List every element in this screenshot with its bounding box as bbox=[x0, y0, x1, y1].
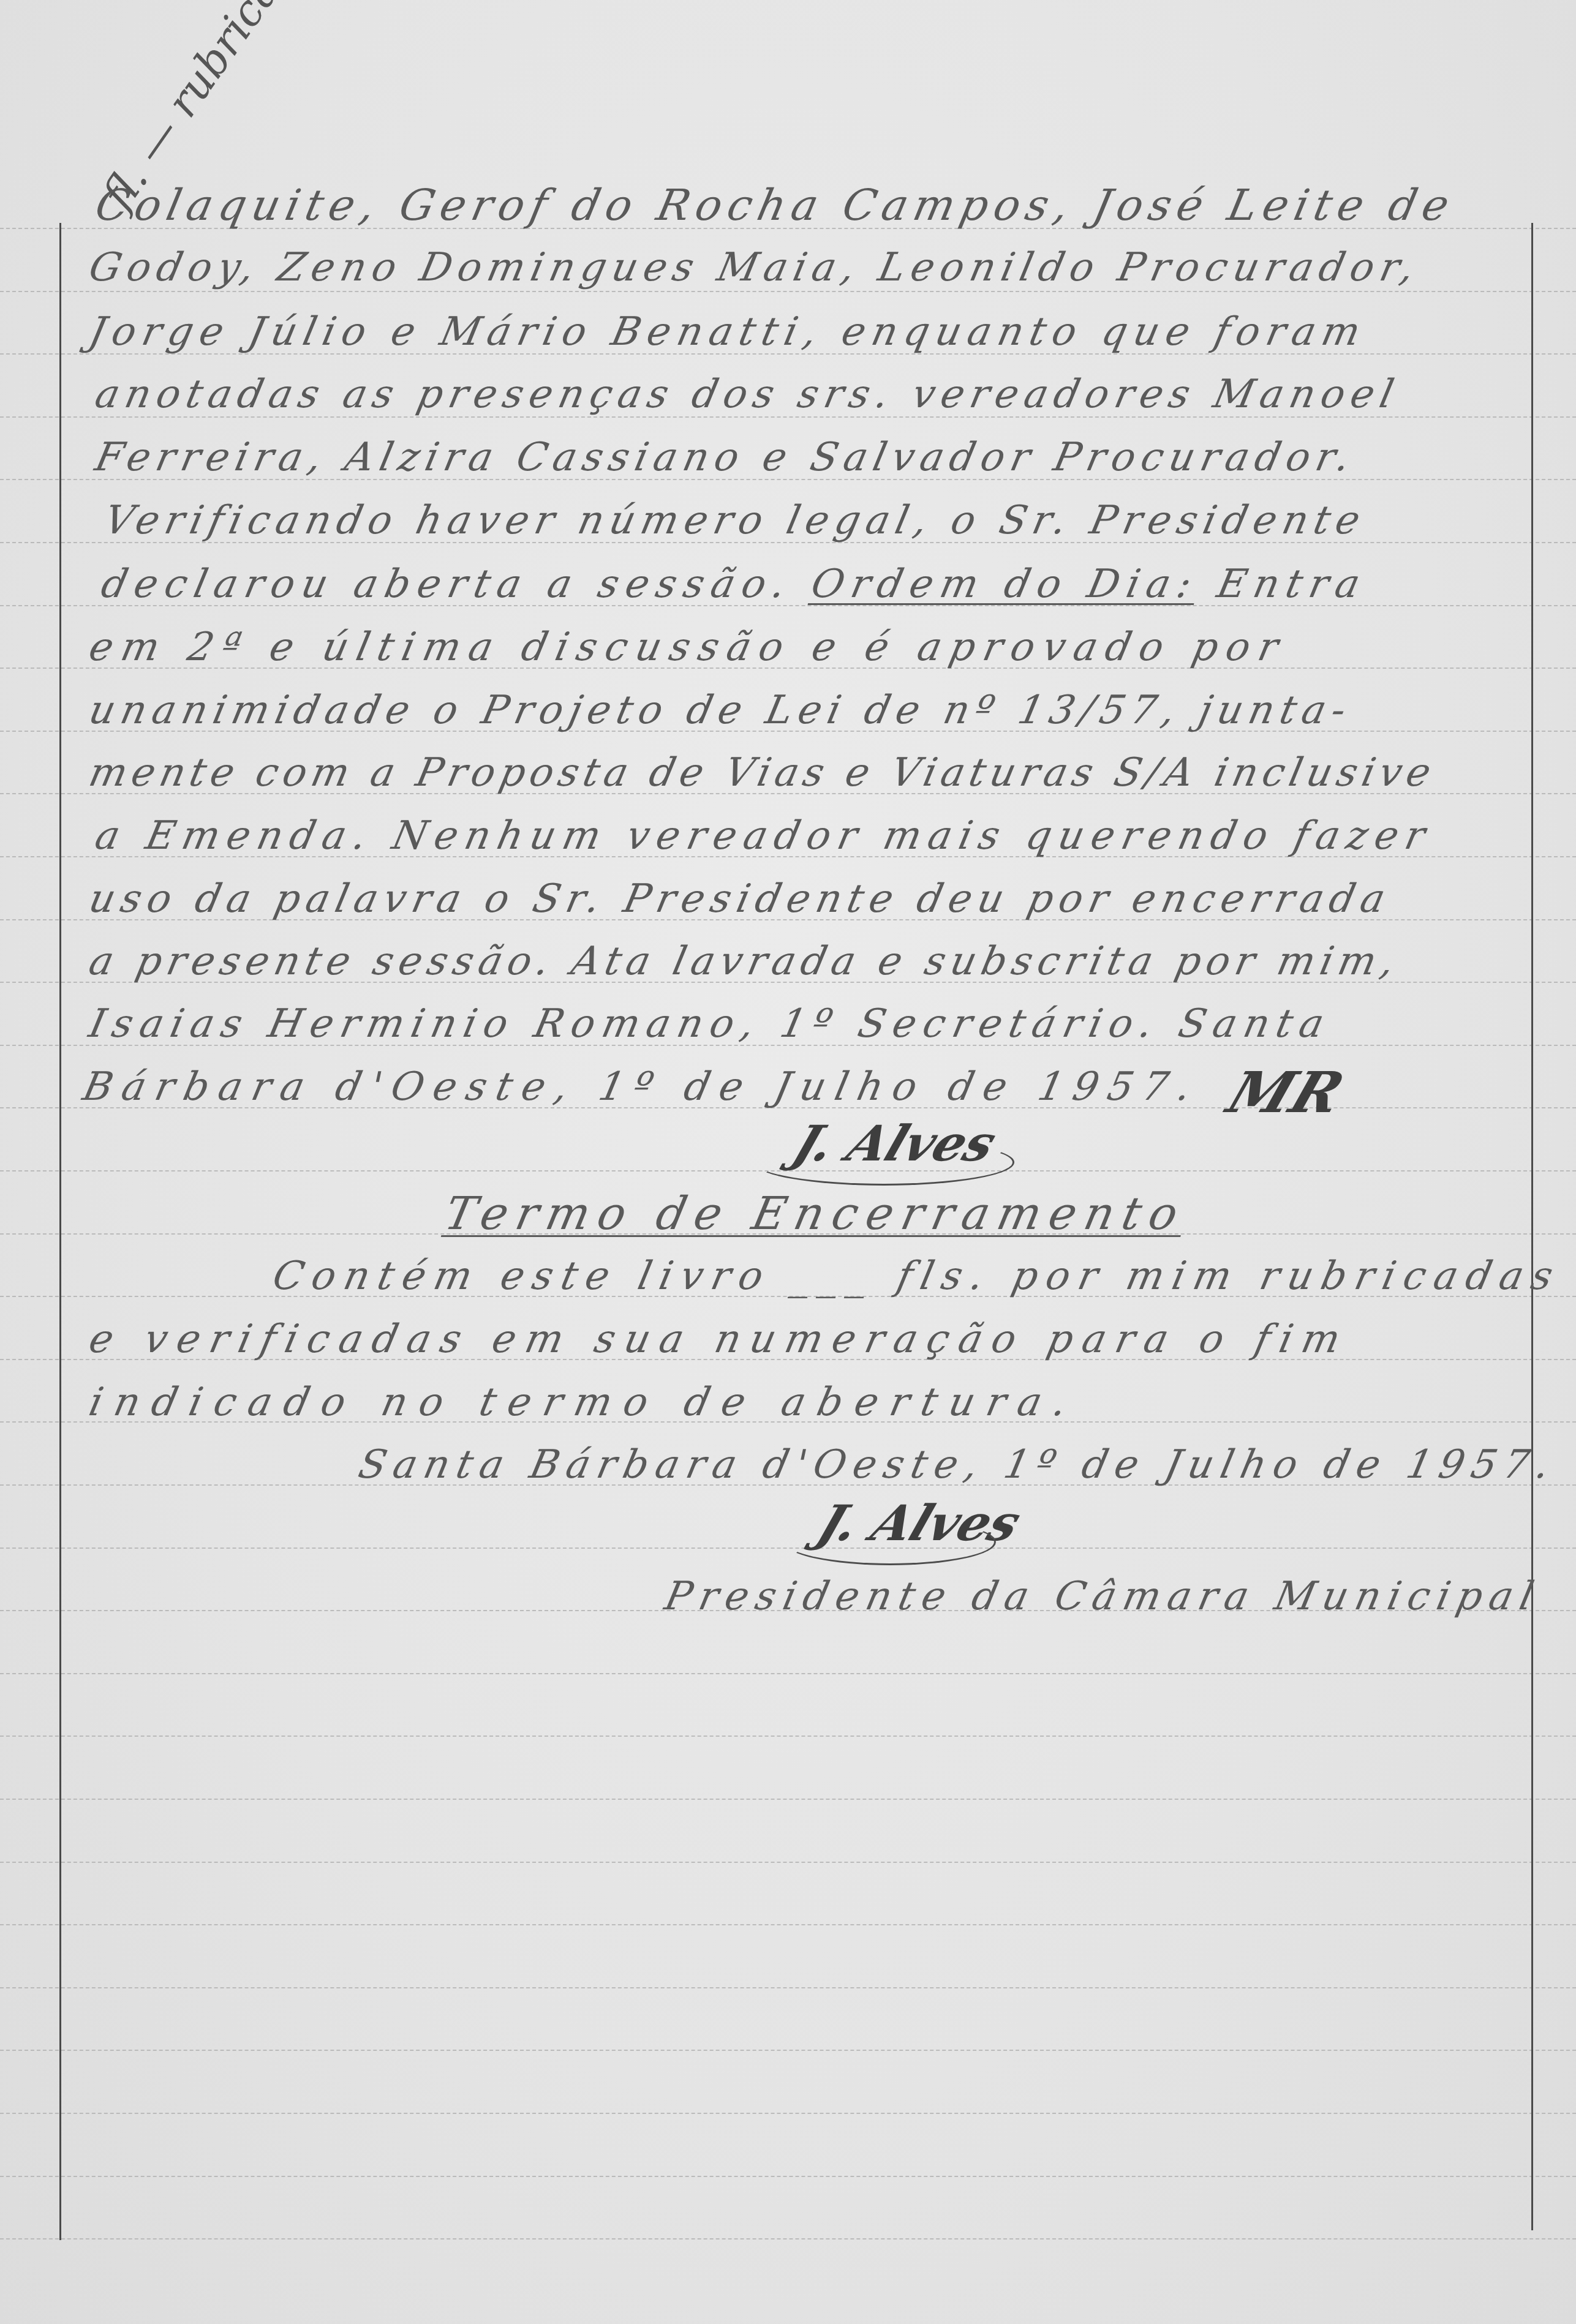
ruled-line bbox=[0, 2176, 1576, 2177]
signature-flourish-2 bbox=[784, 1519, 996, 1565]
minutes-line-12: uso da palavra o Sr. Presidente deu por … bbox=[86, 879, 1395, 919]
minutes-line-14: Isaias Herminio Romano, 1º Secretário. S… bbox=[86, 1004, 1335, 1044]
ruled-line bbox=[0, 2050, 1576, 2051]
order-of-day-continuation: Entra bbox=[1213, 562, 1371, 607]
minutes-line-7-text: declarou aberta a sessão. bbox=[97, 562, 797, 607]
right-margin-line bbox=[1531, 223, 1533, 2230]
minutes-line-15: Bárbara d'Oeste, 1º de Julho de 1957. bbox=[80, 1067, 1204, 1107]
ruled-line bbox=[0, 2113, 1576, 2114]
ruled-line bbox=[0, 1735, 1576, 1737]
minutes-line-8: em 2ª e última discussão e é aprovado po… bbox=[86, 628, 1290, 667]
minutes-line-6: Verificando haver número legal, o Sr. Pr… bbox=[101, 501, 1370, 540]
minutes-line-13: a presente sessão. Ata lavrada e subscri… bbox=[86, 942, 1403, 981]
ruled-line bbox=[0, 2238, 1576, 2239]
left-margin-line bbox=[59, 223, 61, 2240]
closing-line-1: Contém este livro ___ fls. por mim rubri… bbox=[270, 1257, 1565, 1296]
signature-flourish-1 bbox=[753, 1139, 1014, 1186]
minutes-line-2: Godoy, Zeno Domingues Maia, Leonildo Pro… bbox=[86, 248, 1423, 287]
minutes-line-3: Jorge Júlio e Mário Benatti, enquanto qu… bbox=[86, 312, 1370, 352]
ruled-line bbox=[0, 1673, 1576, 1674]
signer-title: Presidente da Câmara Municipal bbox=[662, 1577, 1544, 1616]
minutes-line-5: Ferreira, Alzira Cassiano e Salvador Pro… bbox=[92, 438, 1360, 477]
order-of-day-label: Ordem do Dia: bbox=[807, 562, 1203, 607]
ruled-line bbox=[0, 1862, 1576, 1863]
minutes-line-11: a Emenda. Nenhum vereador mais querendo … bbox=[92, 816, 1436, 856]
minutes-line-1: Colaquite, Gerof do Rocha Campos, José L… bbox=[92, 184, 1459, 227]
closing-line-4: Santa Bárbara d'Oeste, 1º de Julho de 19… bbox=[355, 1445, 1560, 1484]
ruled-line bbox=[0, 1987, 1576, 1988]
closing-line-3: indicado no termo de abertura. bbox=[86, 1383, 1082, 1422]
minutes-line-9: unanimidade o Projeto de Lei de nº 13/57… bbox=[86, 691, 1355, 730]
closing-term-heading: Termo de Encerramento bbox=[441, 1191, 1190, 1236]
minutes-line-7: declarou aberta a sessão. Ordem do Dia: … bbox=[98, 565, 1371, 604]
minutes-line-10: mente com a Proposta de Vias e Viaturas … bbox=[86, 753, 1439, 792]
ruled-line bbox=[0, 291, 1576, 292]
closing-line-2: e verificadas em sua numeração para o fi… bbox=[86, 1320, 1353, 1359]
ledger-page: fl. — rubrica Colaquite, Gerof do Rocha … bbox=[0, 0, 1576, 2324]
ruled-line bbox=[0, 1924, 1576, 1925]
minutes-line-4: anotadas as presenças dos srs. vereadore… bbox=[92, 375, 1403, 414]
secretary-initials-mark: MR bbox=[1219, 1059, 1352, 1126]
ruled-line bbox=[0, 1799, 1576, 1800]
